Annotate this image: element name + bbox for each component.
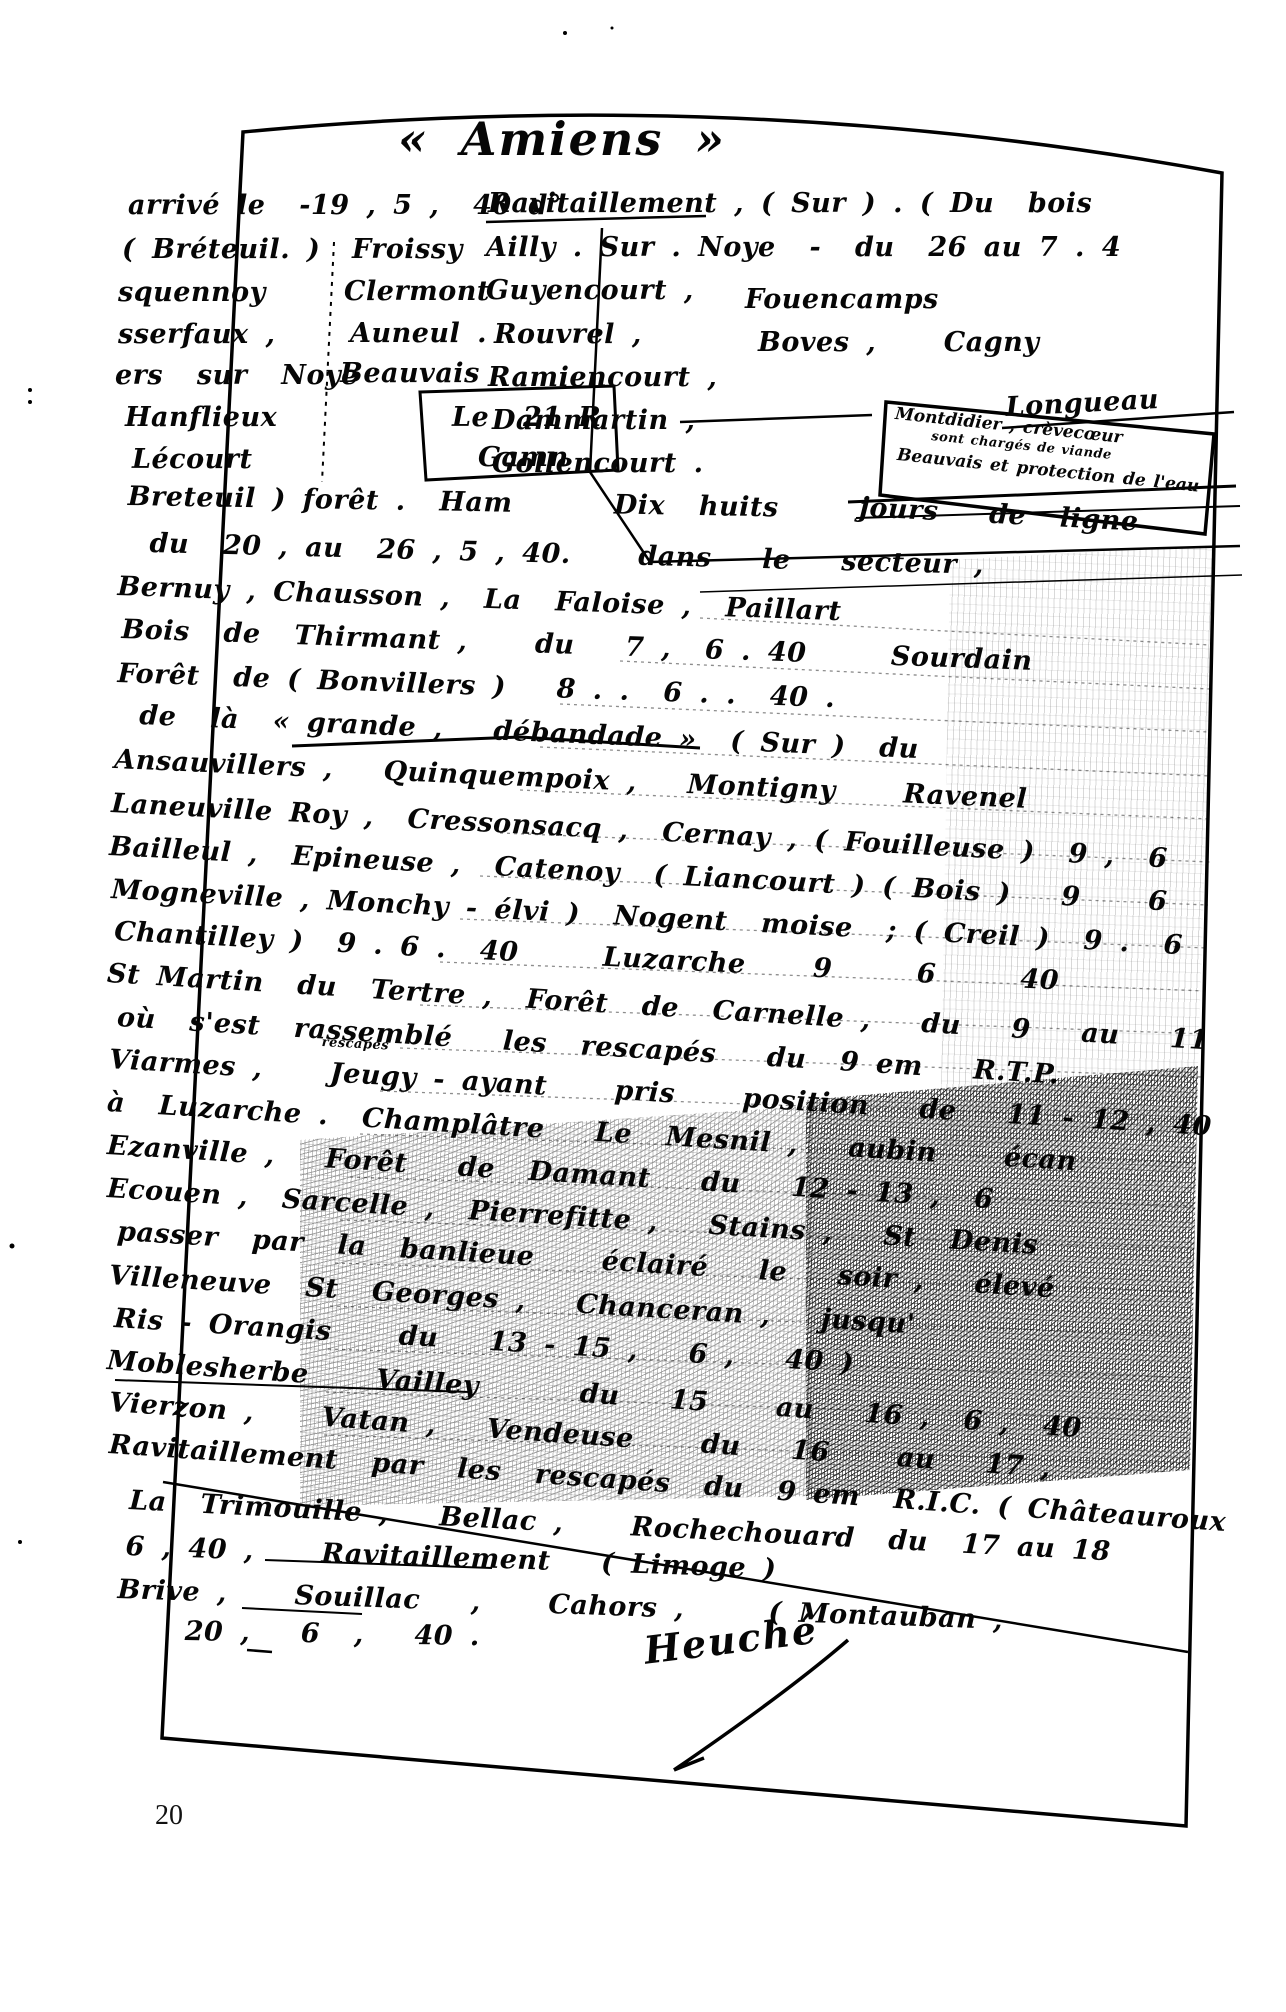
header-right-line: Ravitaillement , ( Sur ) . ( Du bois [488,190,1092,217]
page-title: « Amiens » [398,116,726,162]
header-right-line: Ramiencourt , [488,364,717,391]
header-left-line: squennoy [118,279,266,306]
header-middle-line: Froissy [352,236,463,263]
body-line: du 20 , au 26 , 5 , 40. dans le secteur … [149,530,984,579]
body-line: jours de ligne [859,494,1140,536]
header-middle-line: Beauvais [340,360,480,387]
header-right-line: Rouvrel , [494,321,642,348]
header-right-line: Boves , Cagny [758,329,1039,356]
header-middle-line: Auneul . [350,320,487,347]
header-right-line: Dammartin , [492,407,695,434]
header-right-line: Fouencamps [745,286,939,313]
header-middle-line: Clermont [344,278,490,305]
scanned-page: « Amiens » arrivé le -19 , 5 , 40 d° ( B… [0,0,1286,2012]
header-right-line: Guyencourt , [486,277,694,304]
footer-line: 20 , 6 , 40 . [185,1618,481,1650]
header-right-line: Ailly . Sur . Noye - du 26 au 7 . 4 [486,234,1121,261]
page-number: 20 [155,1800,183,1832]
underline-six [247,1650,272,1652]
header-right-line: Gollencourt . [492,450,703,477]
body-superscript: rescapés [321,1036,389,1053]
header-left-line: Hanflieux [125,404,277,431]
body-line: Breteuil ) forêt . Ham Dix huits [128,483,779,521]
header-right-line: Longueau [1005,386,1160,421]
header-left-line: sserfaux , [118,321,275,348]
header-left-line: ( Bréteuil. ) [122,236,320,263]
underline-dammartin [680,415,872,422]
header-left-line: ers sur Noye [115,362,359,389]
header-left-line: Lécourt [132,446,252,473]
